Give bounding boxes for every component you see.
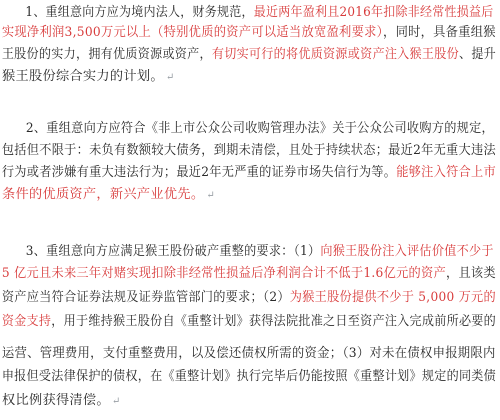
p2-line-4: 条件的优质资产，新兴产业优先。↵	[0, 186, 500, 204]
p3-line-3: 资产应当符合证券法规及证券监管部门的要求；（2）为猴王股份提供不少于 5,000…	[0, 289, 461, 307]
p2-line-2: 包括但不限于：未负有数额较大债务，到期未清偿，且处于持续状态；最近2年无重大违法	[0, 142, 462, 160]
text-run: 申报但受法律保护的债权，在《重整计划》执行完毕后仍能按照《重整计划》规定的同类债	[2, 369, 496, 384]
text-run: 资产应当符合证券法规及证券监管部门的要求；（2）	[2, 290, 290, 305]
text-run: ，同时，具备重组猴	[383, 25, 496, 40]
p3-line-2: 5 亿元且未来三年对赌实现扣除非经常性损益后净利润合计不低于1.6亿元的资产，且…	[0, 265, 463, 283]
text-run-red: 能够注入符合上市	[396, 165, 496, 180]
p1-line-4: 猴王股份综合实力的计划。↵	[0, 68, 500, 86]
paragraph-mark-icon: ↵	[166, 72, 175, 83]
p3-line-1: 3、重组意向方应满足猴王股份破产重整的要求：（1）向猴王股份注入评估价值不少于	[0, 243, 459, 261]
text-run-red: 最近两年盈利且2016年扣除非经常性损益后	[254, 5, 494, 20]
p1-line-3: 王股份的实力，拥有优质资源或资产，有切实可行的将优质资源或资产注入猴王股份、提升	[0, 46, 458, 64]
text-run: 包括但不限于：未负有数额较大债务，到期未清偿，且处于持续状态；最近2年无重大违法	[2, 143, 496, 158]
text-run: ，用于维持猴王股份自《重整计划》获得法院批准之日至资产注入完成前所必要的	[51, 314, 496, 329]
text-run: 1、重组意向方应为境内法人，财务规范，	[25, 5, 253, 20]
text-run-red: 资金支持	[2, 314, 51, 329]
text-run: 2、重组意向方应符合《非上市公众公司收购管理办法》关于公众公司收购方的规定，	[26, 121, 494, 136]
text-run-red: 有切实可行的将优质资源或资产注入猴王股份	[212, 47, 459, 62]
text-run-red: 实现净利润3,500万元以上（特别优质的资产可以适当放宽盈利要求）	[2, 25, 383, 40]
paragraph-mark-icon: ↵	[206, 190, 215, 201]
text-run: 王股份的实力，拥有优质资源或资产，	[2, 47, 212, 62]
text-run: 运营、管理费用，支付重整费用，以及偿还债权所需的资金；（3）对未在债权申报期限内	[2, 346, 496, 361]
p3-line-7: 权比例获得清偿。↵	[0, 392, 500, 410]
p1-line-1: 1、重组意向方应为境内法人，财务规范，最近两年盈利且2016年扣除非经常性损益后	[0, 4, 454, 22]
text-run-red: 5 亿元且未来三年对赌实现扣除非经常性损益后净利润合计不低于1.6亿元的资产	[2, 266, 446, 281]
p2-line-1: 2、重组意向方应符合《非上市公众公司收购管理办法》关于公众公司收购方的规定，	[0, 120, 461, 138]
p3-line-4: 资金支持，用于维持猴王股份自《重整计划》获得法院批准之日至资产注入完成前所必要的	[0, 313, 458, 331]
text-run-red: 条件的优质资产，新兴产业优先。	[2, 187, 204, 202]
text-run: ，且该类	[446, 266, 496, 281]
text-run: 权比例获得清偿。	[2, 393, 110, 408]
text-run: 3、重组意向方应满足猴王股份破产重整的要求：（1）	[26, 244, 321, 259]
p3-line-5: 运营、管理费用，支付重整费用，以及偿还债权所需的资金；（3）对未在债权申报期限内	[0, 345, 468, 363]
p2-line-3: 行为或者涉嫌有重大违法行为；最近2年无严重的证券市场失信行为等。能够注入符合上市	[0, 164, 462, 182]
text-run-red: 向猴王股份注入评估价值不少于	[320, 244, 493, 259]
text-run: 猴王股份综合实力的计划。	[2, 69, 164, 84]
p1-line-2: 实现净利润3,500万元以上（特别优质的资产可以适当放宽盈利要求），同时，具备重…	[0, 24, 465, 42]
text-run: 行为或者涉嫌有重大违法行为；最近2年无严重的证券市场失信行为等。	[2, 165, 396, 180]
text-run-red: 为猴王股份提供不少于 5,000 万元的	[290, 290, 496, 305]
text-run: 、提升	[459, 47, 496, 62]
p3-line-6: 申报但受法律保护的债权，在《重整计划》执行完毕后仍能按照《重整计划》规定的同类债	[0, 368, 458, 386]
document-page: 1、重组意向方应为境内法人，财务规范，最近两年盈利且2016年扣除非经常性损益后…	[0, 0, 500, 420]
paragraph-mark-icon: ↵	[112, 396, 121, 407]
